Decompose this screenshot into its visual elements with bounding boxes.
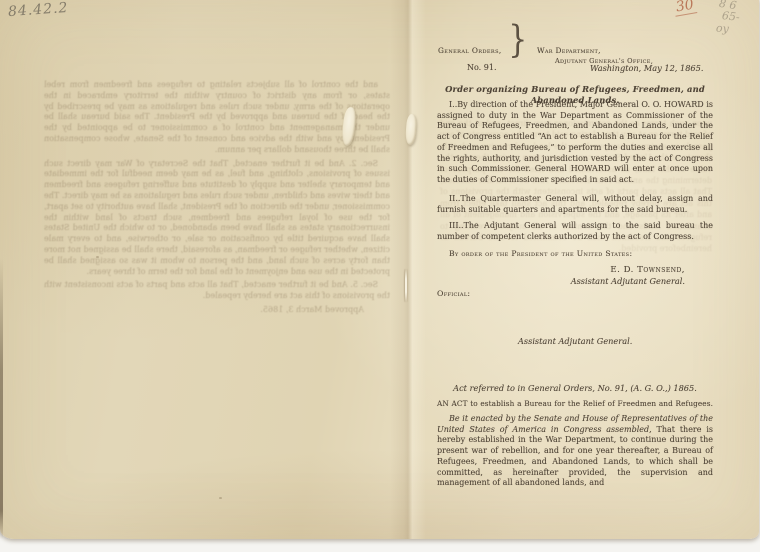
act-enacting-paragraph: Be it enacted by the Senate and House of… [437,414,713,489]
left-page-bleedthrough-text: and the control of all subjects relating… [44,80,390,319]
dateline: Washington, May 12, 1865. [590,63,703,74]
sheet-left-edge [0,258,3,539]
masthead: General Orders, No. 91. } War Department… [437,42,713,80]
act-reference-line: Act referred to in General Orders, No. 9… [437,383,713,394]
signature-block: E. D. Townsend, Assistant Adjutant Gener… [437,265,713,286]
document-sheet: and the control of all subjects relating… [0,0,759,539]
signature-name: E. D. Townsend, [437,265,685,276]
center-fold [390,0,426,539]
pencil-mark: oy [716,22,730,36]
official-label: Official: [437,289,713,300]
countersign-title: Assistant Adjutant General. [437,336,713,347]
paper-speck [219,497,222,499]
accession-number-handwritten: 84.42.2 [8,0,69,20]
bleedthrough-paragraph: and the control of all subjects relating… [44,80,390,156]
order-paragraph-3: III..The Adjutant General will assign to… [437,221,713,242]
signature-title: Assistant Adjutant General. [437,276,685,287]
scanned-document: and the control of all subjects relating… [0,0,760,552]
by-order-line: By order of the President of the United … [437,249,713,260]
enacting-clause-rest: That there is hereby established in the … [437,425,713,488]
bleedthrough-paragraph: Sec. 5. And be it further enacted, That … [44,280,390,302]
act-title-line: AN ACT to establish a Bureau for the Rel… [437,399,713,410]
bleedthrough-approved-line: Approved March 3, 1865. [44,305,390,316]
bleedthrough-paragraph: Sec. 2. And be it further enacted, That … [44,159,390,278]
orders-number: No. 91. [467,63,496,74]
masthead-brace: } [508,35,527,46]
paper-crease [405,269,407,302]
order-paragraph-1: I..By direction of the President, Major … [437,100,713,186]
orders-label: General Orders, [438,46,502,57]
order-paragraph-2: II..The Quartermaster General will, with… [437,194,713,215]
paper-speck [96,256,99,258]
red-pencil-number: 30 [673,0,697,17]
paper-speck [508,238,510,240]
